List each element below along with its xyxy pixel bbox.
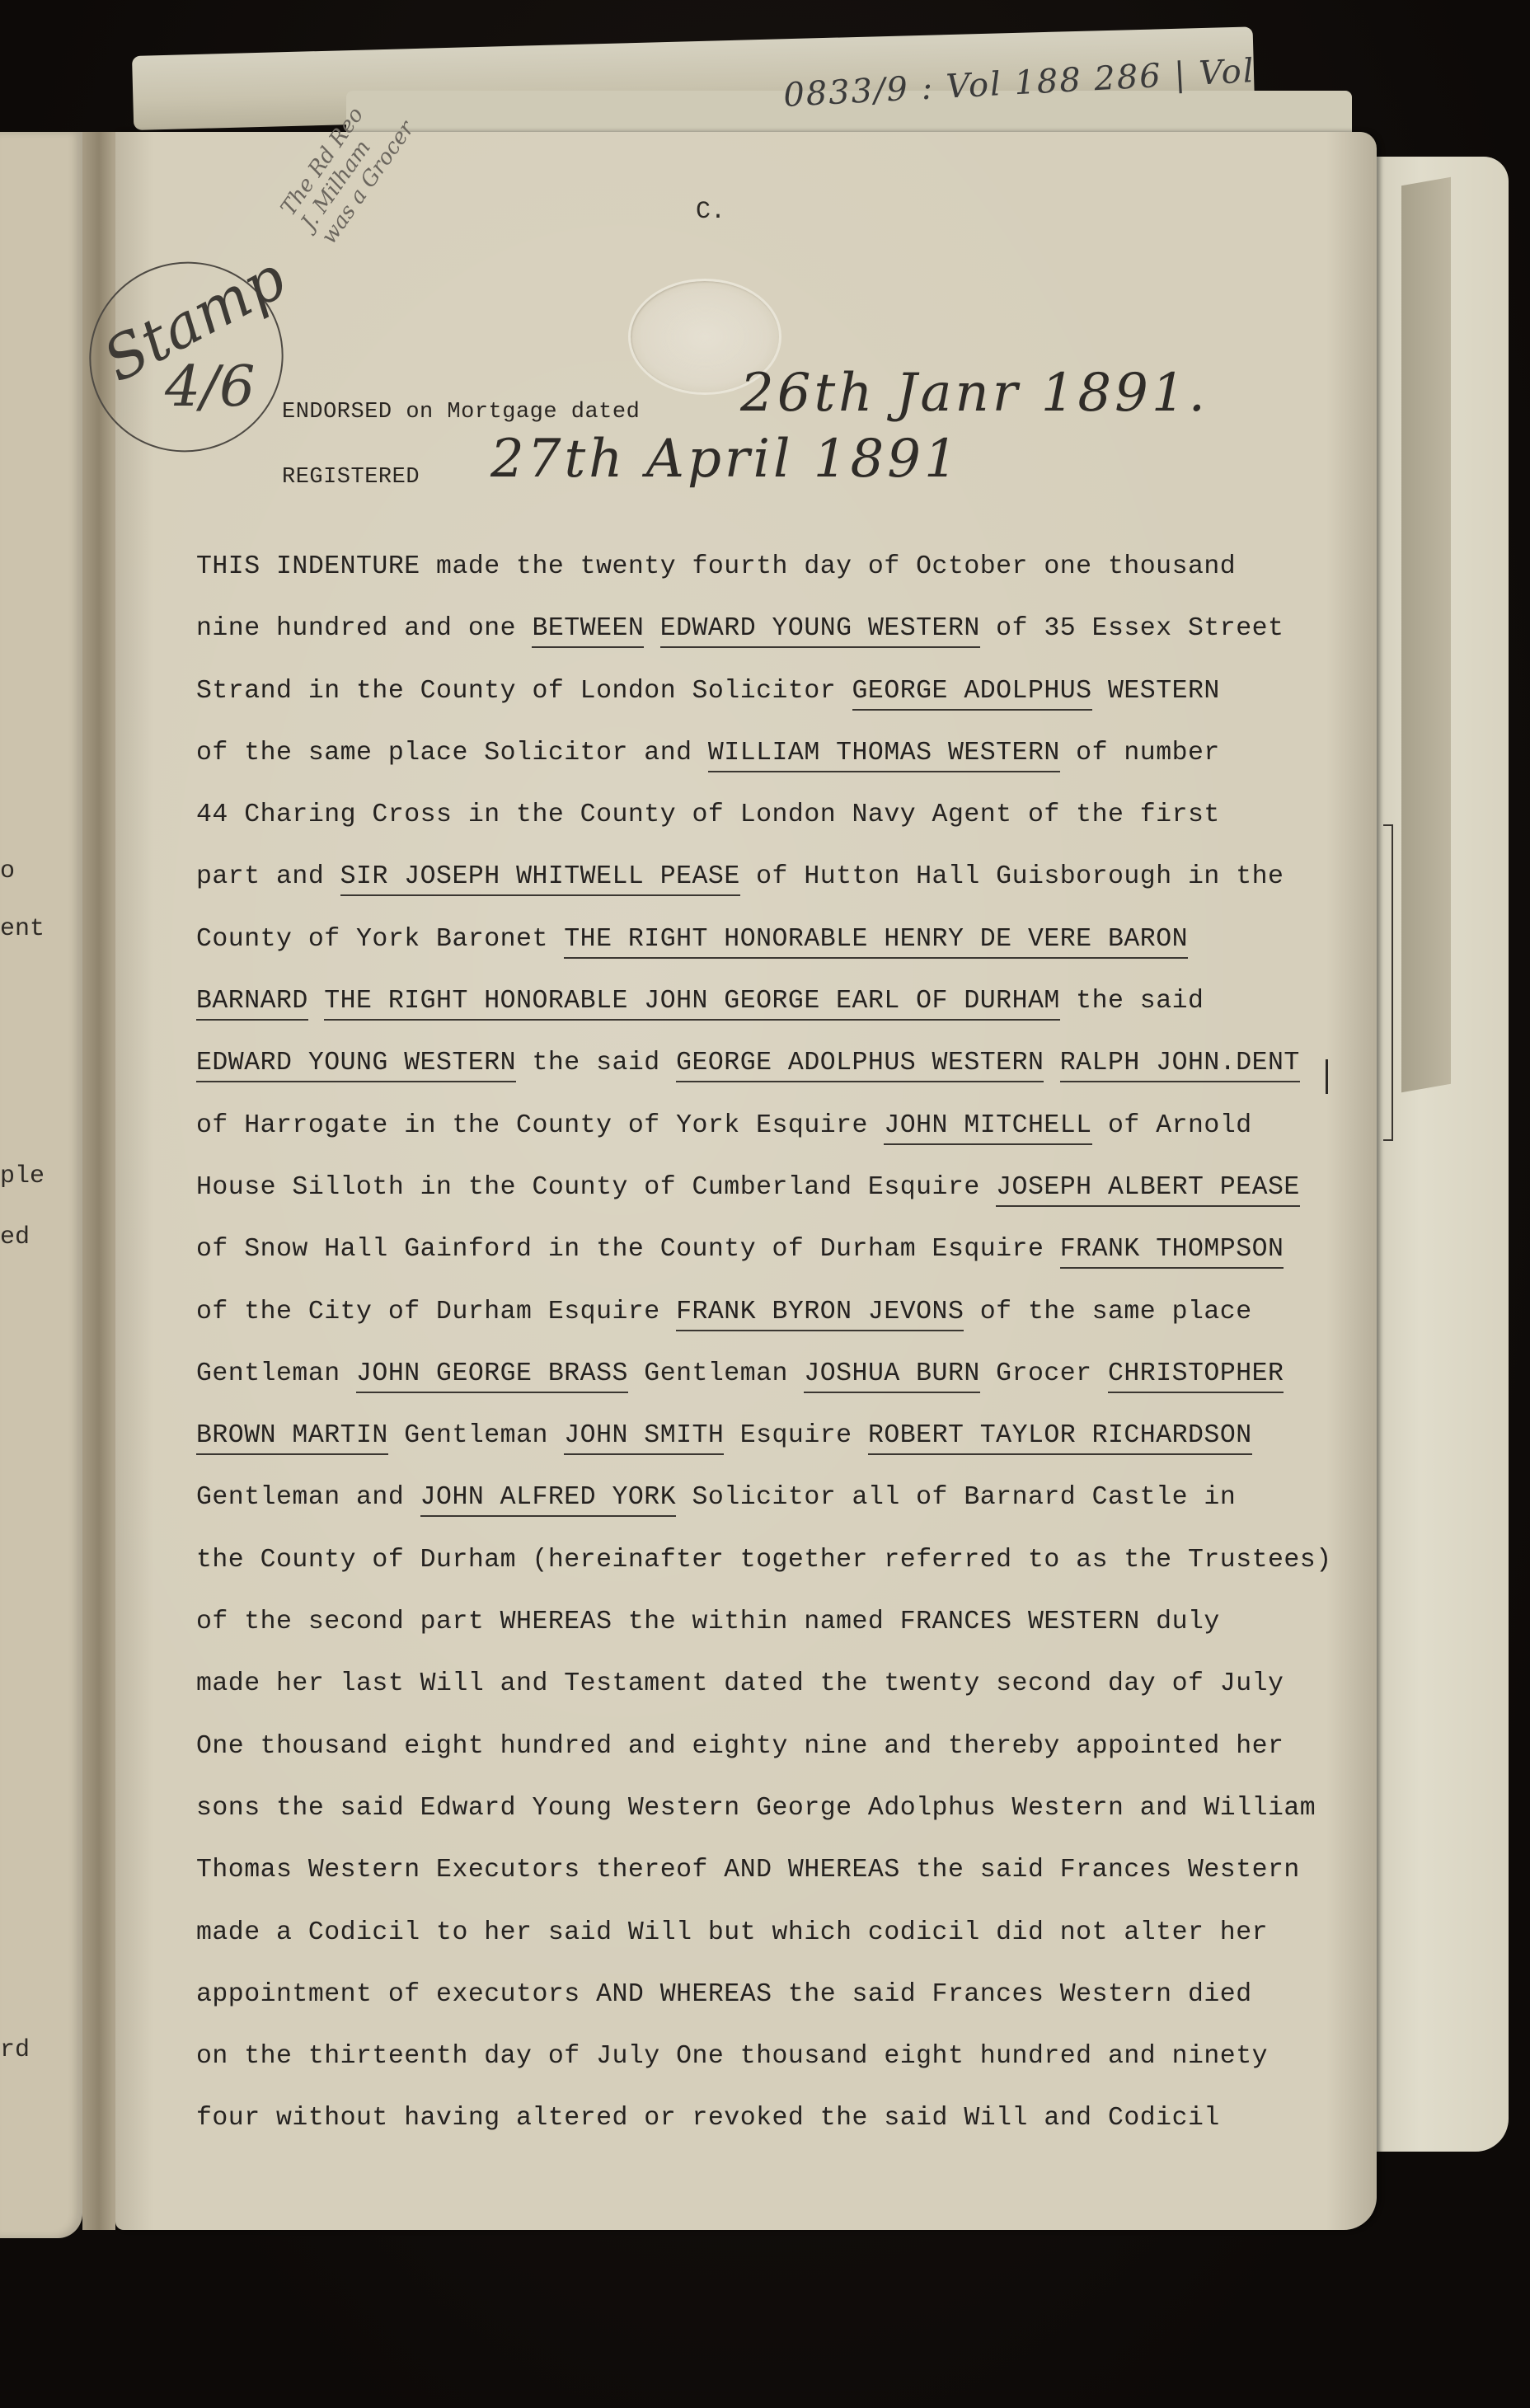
text-segment: the County of Durham (hereinafter togeth…: [196, 1546, 1332, 1575]
text-line: of Snow Hall Gainford in the County of D…: [196, 1233, 1375, 1295]
text-segment: Esquire: [724, 1421, 868, 1450]
text-segment: four without having altered or revoked t…: [196, 2104, 1220, 2133]
underlined-name: ROBERT TAYLOR RICHARDSON: [868, 1421, 1252, 1455]
text-line: appointment of executors AND WHEREAS the…: [196, 1979, 1375, 2040]
book-gutter: [82, 132, 115, 2230]
text-segment: part and: [196, 862, 340, 891]
text-segment: of number: [1060, 739, 1220, 767]
underlined-name: BROWN MARTIN: [196, 1421, 388, 1455]
text-line: BARNARD THE RIGHT HONORABLE JOHN GEORGE …: [196, 985, 1375, 1047]
correction-mark: [1326, 1059, 1328, 1094]
text-segment: of Hutton Hall Guisborough in the: [740, 862, 1284, 891]
page-letter: C.: [696, 198, 725, 226]
stamp-value: 4/6: [165, 354, 255, 420]
underlined-name: JOHN GEORGE BRASS: [356, 1359, 628, 1393]
text-segment: Solicitor all of Barnard Castle in: [676, 1483, 1236, 1512]
underlined-name: JOSHUA BURN: [804, 1359, 979, 1393]
text-segment: the said: [516, 1049, 676, 1077]
underlined-name: JOHN MITCHELL: [884, 1111, 1091, 1145]
text-line: part and SIR JOSEPH WHITWELL PEASE of Hu…: [196, 861, 1375, 922]
text-line: nine hundred and one BETWEEN EDWARD YOUN…: [196, 613, 1375, 674]
text-line: One thousand eight hundred and eighty ni…: [196, 1730, 1375, 1792]
text-line: of the City of Durham Esquire FRANK BYRO…: [196, 1296, 1375, 1358]
left-page-text-fragment: ed: [0, 1223, 30, 1251]
underlined-name: THE RIGHT HONORABLE JOHN GEORGE EARL OF …: [324, 987, 1060, 1021]
left-page-text-fragment: o: [0, 857, 15, 885]
text-segment: Gentleman and: [196, 1483, 420, 1512]
text-segment: of Snow Hall Gainford in the County of D…: [196, 1235, 1060, 1264]
text-line: House Silloth in the County of Cumberlan…: [196, 1171, 1375, 1233]
text-segment: House Silloth in the County of Cumberlan…: [196, 1173, 996, 1202]
text-segment: of Harrogate in the County of York Esqui…: [196, 1111, 884, 1140]
text-line: the County of Durham (hereinafter togeth…: [196, 1544, 1375, 1606]
text-line: Strand in the County of London Solicitor…: [196, 675, 1375, 737]
text-segment: THIS INDENTURE made the twenty fourth da…: [196, 552, 1236, 581]
text-segment: Gentleman: [628, 1359, 804, 1388]
text-line: County of York Baronet THE RIGHT HONORAB…: [196, 923, 1375, 985]
text-line: THIS INDENTURE made the twenty fourth da…: [196, 551, 1375, 613]
text-segment: WESTERN: [1092, 677, 1220, 706]
text-segment: made her last Will and Testament dated t…: [196, 1669, 1284, 1698]
text-segment: of the second part WHEREAS the within na…: [196, 1608, 1220, 1636]
text-line: BROWN MARTIN Gentleman JOHN SMITH Esquir…: [196, 1420, 1375, 1481]
underlined-name: JOHN ALFRED YORK: [420, 1483, 676, 1517]
left-page-text-fragment: ple: [0, 1162, 45, 1190]
text-line: 44 Charing Cross in the County of London…: [196, 799, 1375, 861]
text-line: Thomas Western Executors thereof AND WHE…: [196, 1854, 1375, 1916]
endorsed-date: 26th Janr 1891.: [740, 363, 1209, 424]
underlined-name: JOHN SMITH: [564, 1421, 724, 1455]
text-line: sons the said Edward Young Western Georg…: [196, 1792, 1375, 1854]
text-segment: sons the said Edward Young Western Georg…: [196, 1794, 1316, 1823]
underlined-name: SIR JOSEPH WHITWELL PEASE: [340, 862, 740, 896]
underlined-name: WILLIAM THOMAS WESTERN: [708, 739, 1060, 772]
text-line: four without having altered or revoked t…: [196, 2102, 1375, 2164]
text-segment: nine hundred and one: [196, 614, 532, 643]
text-line: made a Codicil to her said Will but whic…: [196, 1917, 1375, 1979]
underlined-name: JOSEPH ALBERT PEASE: [996, 1173, 1300, 1207]
underlined-name: CHRISTOPHER: [1108, 1359, 1284, 1393]
text-line: of Harrogate in the County of York Esqui…: [196, 1110, 1375, 1171]
text-segment: of 35 Essex Street: [980, 614, 1284, 643]
text-segment: Gentleman: [388, 1421, 564, 1450]
text-segment: of the same place Solicitor and: [196, 739, 708, 767]
text-line: on the thirteenth day of July One thousa…: [196, 2040, 1375, 2102]
text-segment: appointment of executors AND WHEREAS the…: [196, 1980, 1252, 2009]
underlined-name: GEORGE ADOLPHUS: [852, 677, 1092, 711]
text-line: EDWARD YOUNG WESTERN the said GEORGE ADO…: [196, 1047, 1375, 1109]
text-segment: [644, 614, 659, 643]
underlined-name: GEORGE ADOLPHUS WESTERN: [676, 1049, 1044, 1082]
registered-date: 27th April 1891: [490, 429, 961, 490]
underlined-name: EDWARD YOUNG WESTERN: [660, 614, 980, 648]
text-segment: [308, 987, 324, 1016]
underlined-name: THE RIGHT HONORABLE HENRY DE VERE BARON: [564, 925, 1188, 959]
left-page-text-fragment: ent: [0, 915, 45, 943]
underlined-name: BARNARD: [196, 987, 308, 1021]
indenture-body: THIS INDENTURE made the twenty fourth da…: [196, 551, 1375, 2165]
text-segment: One thousand eight hundred and eighty ni…: [196, 1732, 1284, 1761]
text-segment: of the City of Durham Esquire: [196, 1298, 676, 1326]
underlined-name: BETWEEN: [532, 614, 644, 648]
text-segment: Grocer: [980, 1359, 1108, 1388]
torn-tape: [1401, 177, 1451, 1093]
text-segment: [1044, 1049, 1059, 1077]
text-segment: County of York Baronet: [196, 925, 564, 954]
registered-label: REGISTERED: [282, 465, 420, 490]
text-line: of the second part WHEREAS the within na…: [196, 1606, 1375, 1668]
text-segment: Gentleman: [196, 1359, 356, 1388]
text-segment: of the same place: [964, 1298, 1251, 1326]
text-segment: on the thirteenth day of July One thousa…: [196, 2042, 1268, 2071]
text-line: Gentleman and JOHN ALFRED YORK Solicitor…: [196, 1481, 1375, 1543]
margin-bracket: [1383, 824, 1393, 1141]
text-segment: 44 Charing Cross in the County of London…: [196, 800, 1220, 829]
text-segment: Strand in the County of London Solicitor: [196, 677, 852, 706]
text-segment: made a Codicil to her said Will but whic…: [196, 1918, 1268, 1947]
text-segment: the said: [1060, 987, 1204, 1016]
underlined-name: FRANK BYRON JEVONS: [676, 1298, 964, 1331]
endorsed-label: ENDORSED on Mortgage dated: [282, 400, 640, 425]
text-line: of the same place Solicitor and WILLIAM …: [196, 737, 1375, 799]
left-page-text-fragment: rd: [0, 2036, 30, 2064]
underlined-name: FRANK THOMPSON: [1060, 1235, 1284, 1269]
text-segment: of Arnold: [1092, 1111, 1252, 1140]
text-segment: Thomas Western Executors thereof AND WHE…: [196, 1856, 1300, 1885]
underlined-name: EDWARD YOUNG WESTERN: [196, 1049, 516, 1082]
text-line: Gentleman JOHN GEORGE BRASS Gentleman JO…: [196, 1358, 1375, 1420]
text-line: made her last Will and Testament dated t…: [196, 1668, 1375, 1730]
underlined-name: RALPH JOHN.DENT: [1060, 1049, 1300, 1082]
